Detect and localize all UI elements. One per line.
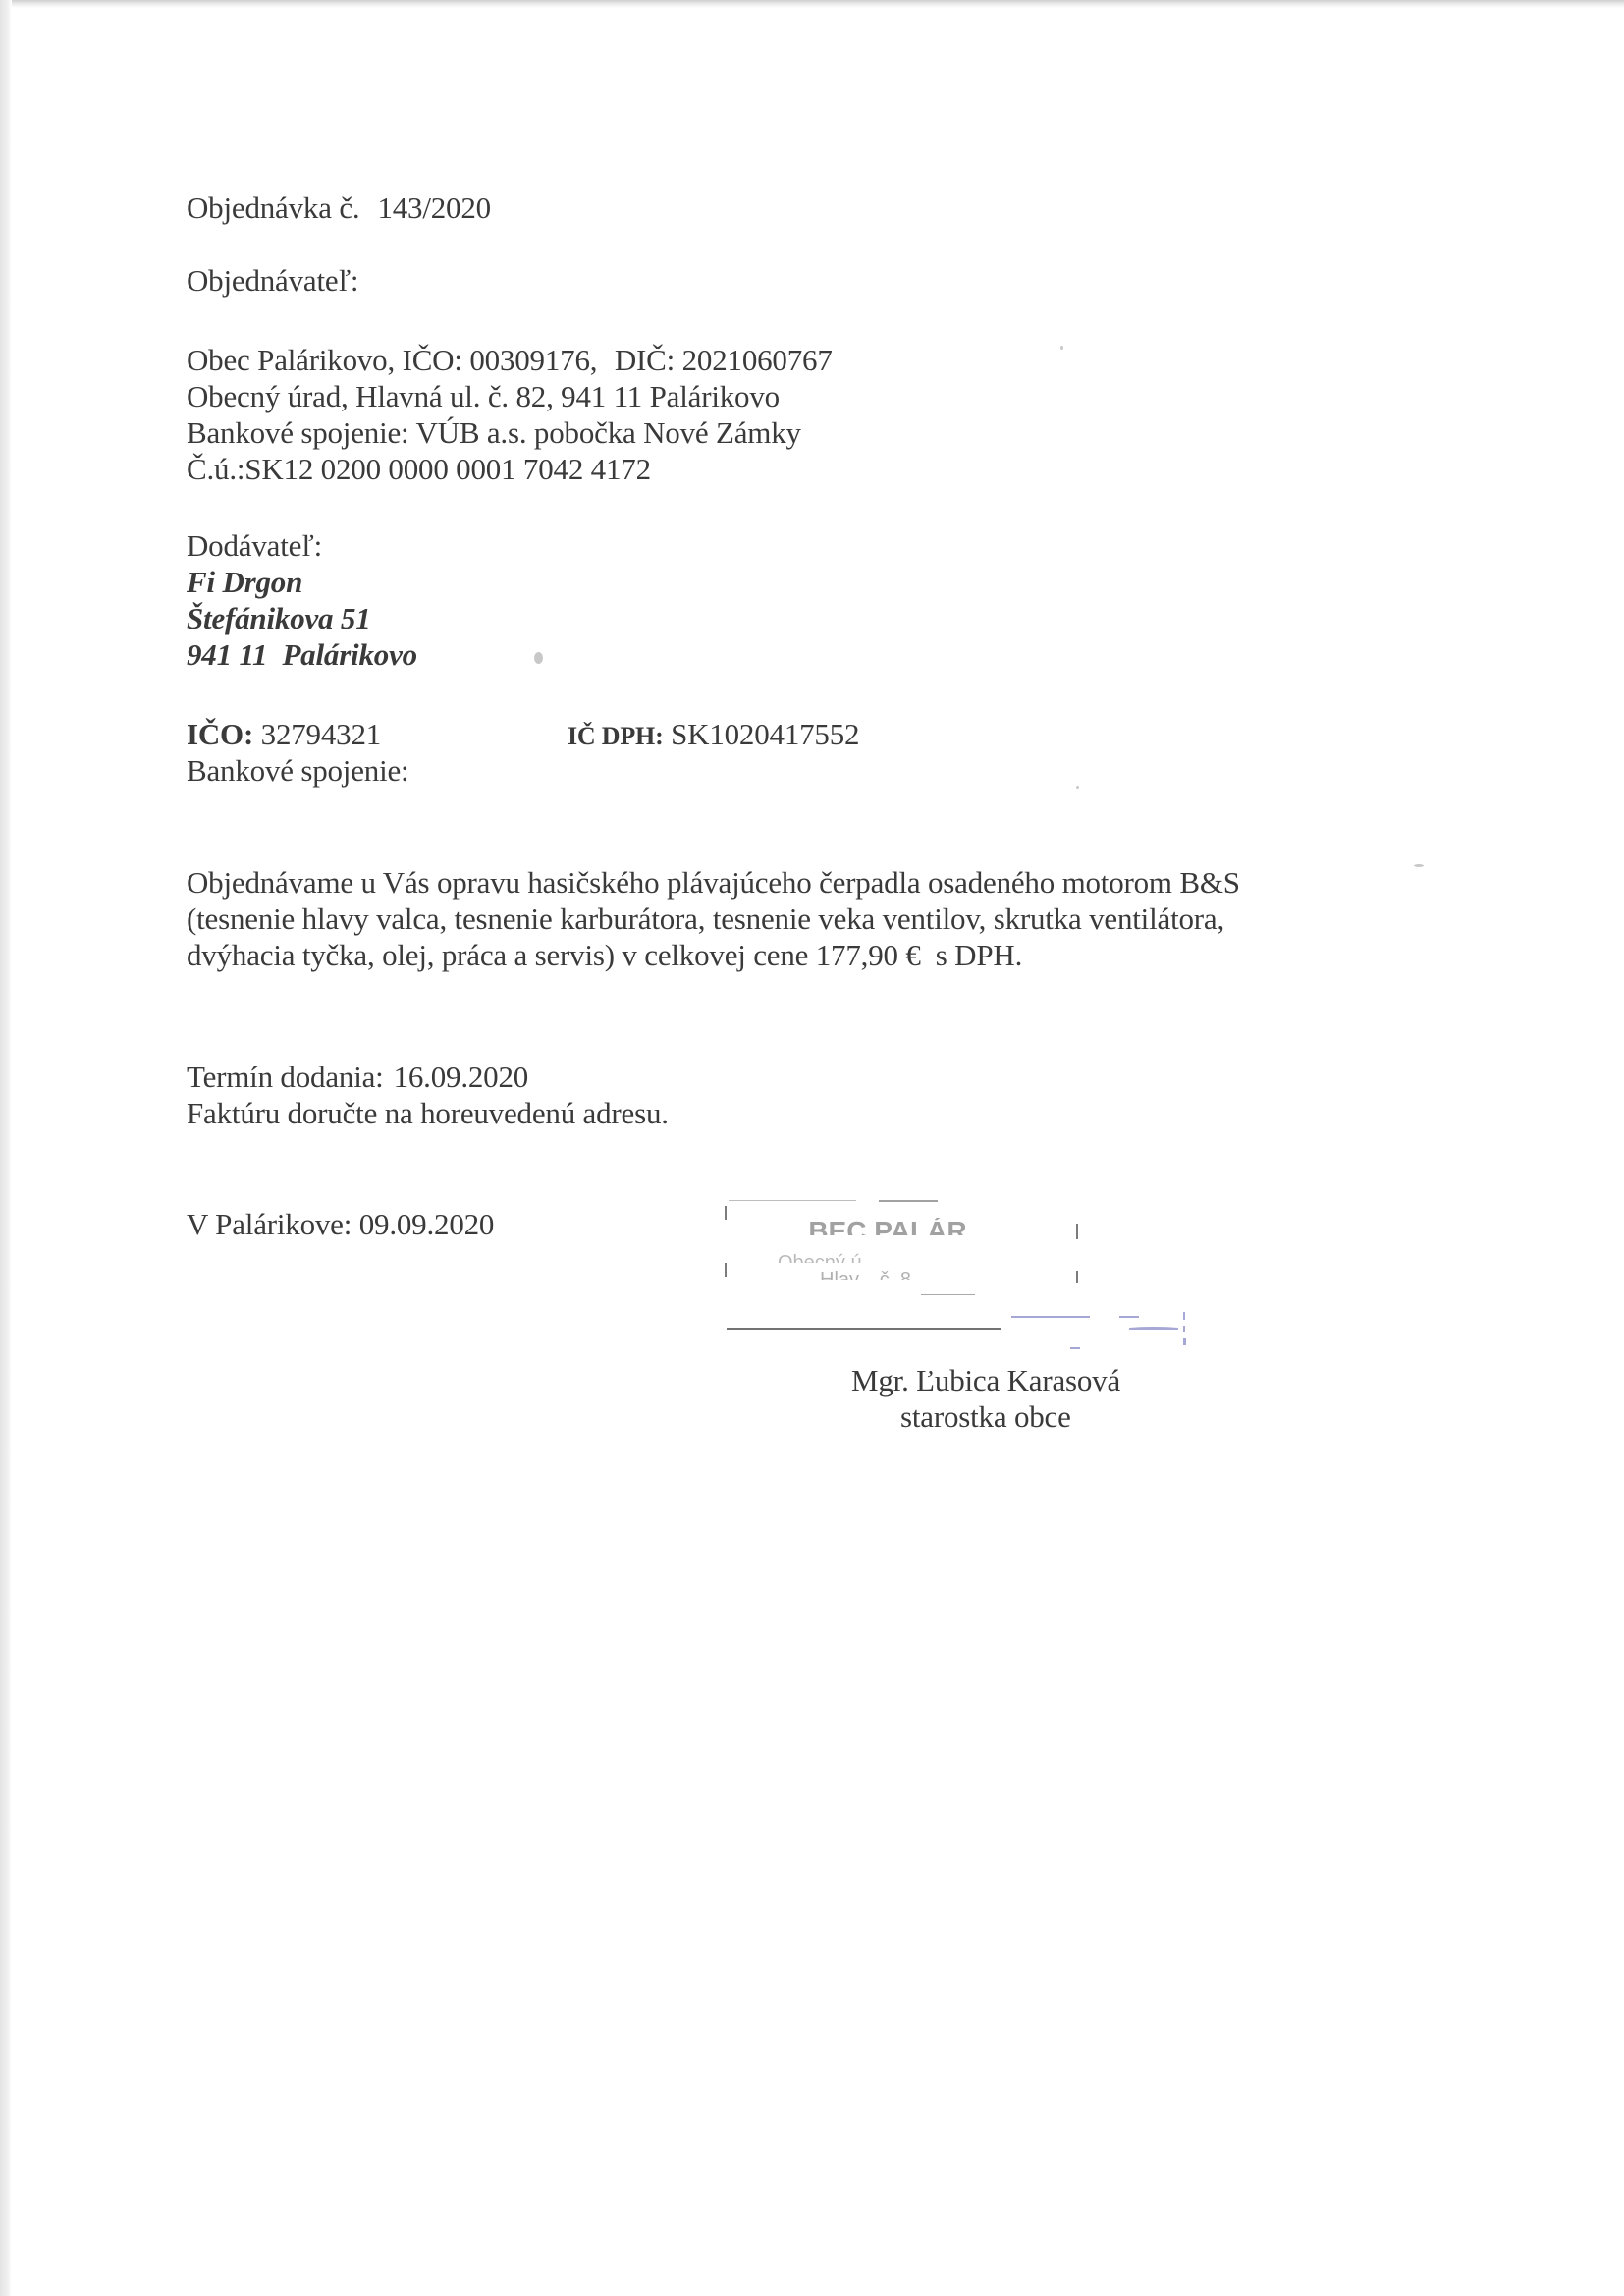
customer-heading: Objednávateľ: [187,262,358,299]
supplier-heading: Dodávateľ: [187,527,322,564]
order-text-line-2: (tesnenie hlavy valca, tesnenie karburát… [187,901,1224,937]
supplier-ico-label: IČO: [187,717,253,751]
supplier-name: Fi Drgon [187,564,302,600]
customer-bank: Bankové spojenie: VÚB a.s. pobočka Nové … [187,414,801,451]
scan-speck [1414,864,1424,867]
supplier-ico-line: IČO: 32794321 [187,716,381,752]
supplier-city: 941 11 Palárikovo [187,636,417,673]
stamp-fragment-low: Hlav... č. 8... [820,1270,928,1280]
supplier-street: Štefánikova 51 [187,600,371,636]
issue-date: 09.09.2020 [359,1207,495,1241]
supplier-icdph-label: IČ DPH: [568,722,664,750]
order-text-line-1: Objednávame u Vás opravu hasičského pláv… [187,864,1240,901]
customer-ico: 00309176, [469,343,597,377]
customer-ico-label: IČO: [403,343,462,377]
supplier-ico: 32794321 [261,717,381,751]
stamp-fragment-top: ...BEC PALÁR... [785,1218,990,1235]
scan-top-edge [0,0,1624,8]
customer-identity-line: Obec Palárikovo, IČO: 00309176, DIČ: 202… [187,342,833,378]
signatory-name: Mgr. Ľubica Karasová [851,1362,1120,1398]
scan-left-edge [0,0,12,2296]
order-text-line-3: dvýhacia tyčka, olej, práca a servis) v … [187,937,1022,973]
customer-address: Obecný úrad, Hlavná ul. č. 82, 941 11 Pa… [187,378,780,414]
scan-speck [1076,786,1079,789]
delivery-term-date: 16.09.2020 [394,1060,529,1094]
supplier-icdph-line: IČ DPH: SK1020417552 [568,716,859,754]
scan-speck [1060,346,1063,350]
place-label: V Palárikove: [187,1207,352,1241]
invoice-note: Faktúru doručte na horeuvedenú adresu. [187,1095,669,1131]
scan-speck [534,652,543,664]
order-number: 143/2020 [377,191,491,225]
official-stamp: ...BEC PALÁR... Obecný ú... Hlav... č. 8… [717,1196,1227,1334]
customer-dic-label: DIČ: [615,343,675,377]
signatory-role: starostka obce [900,1398,1071,1435]
order-title-label: Objednávka č. [187,191,359,225]
delivery-term-line: Termín dodania:16.09.2020 [187,1059,528,1095]
delivery-term-label: Termín dodania: [187,1060,384,1094]
place-date-line: V Palárikove: 09.09.2020 [187,1206,494,1242]
customer-dic: 2021060767 [682,343,833,377]
order-number-line: Objednávka č.143/2020 [187,190,491,226]
customer-name: Obec Palárikovo, [187,343,395,377]
stamp-fragment-mid: Obecný ú... [778,1253,878,1263]
supplier-bank-label: Bankové spojenie: [187,752,408,789]
supplier-icdph: SK1020417552 [671,717,859,751]
customer-account: Č.ú.:SK12 0200 0000 0001 7042 4172 [187,451,651,487]
